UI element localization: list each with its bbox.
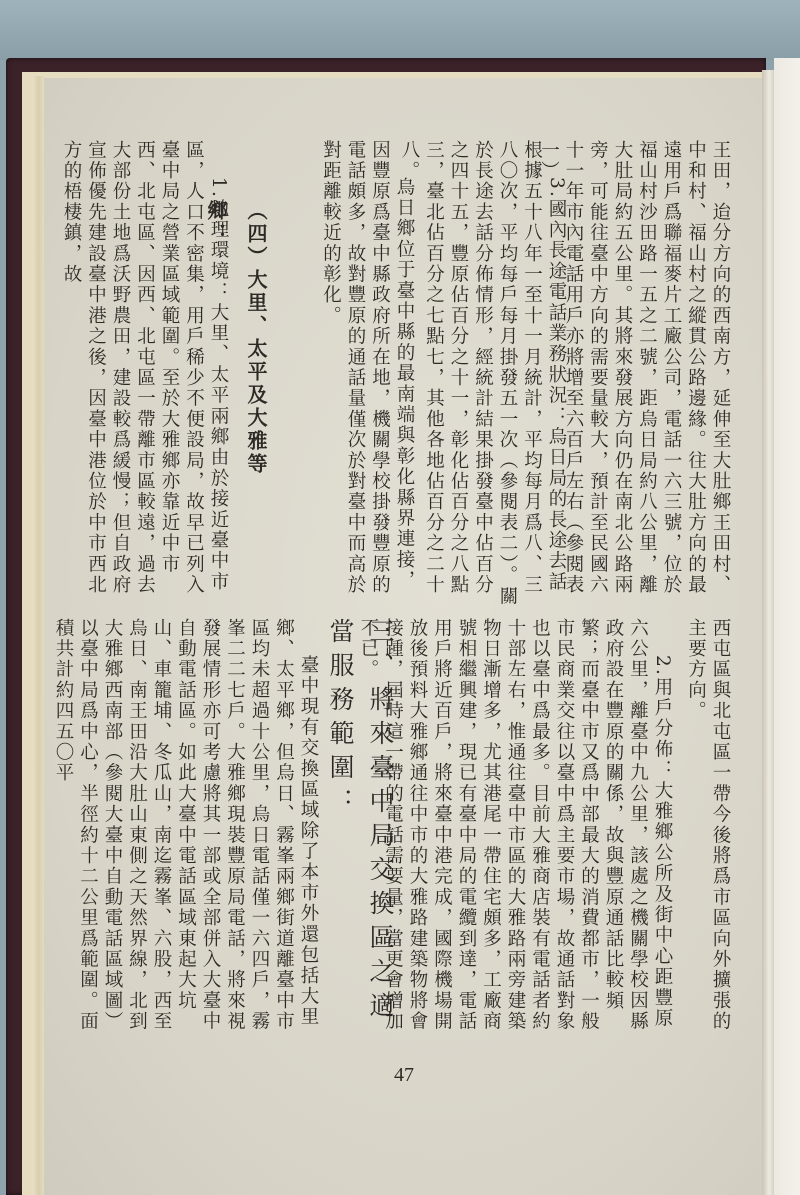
upper-paragraph-4: 1.地理環境：大里、太平兩鄉由於接近臺中市區，人口不密集，用戶稀少不便設局，故早… — [92, 140, 230, 610]
upper-paragraph-1: 王田，迨分方向的西南方，延伸至大肚鄉王田村、中和村、福山村之縱貫公路邊緣。往大肚… — [572, 140, 732, 610]
wuri-location-text: 烏日鄉位于臺中縣的最南端與彰化縣界連接，因豐原爲臺中縣政府所在地，機關學校掛發豐… — [318, 140, 416, 610]
page-text: 王田，迨分方向的西南方，延伸至大肚鄉王田村、中和村、福山村之縱貫公路邊緣。往大肚… — [0, 0, 800, 1195]
geography-text: 1.地理環境：大里、太平兩鄉由於接近臺中市區，人口不密集，用戶稀少不便設局，故早… — [59, 140, 231, 610]
section-heading-3: 三、將來臺中局交換區之適當服務範圍： — [320, 618, 400, 1048]
section-heading-4: （四）大里、太平及大雅等鄉： — [232, 200, 276, 500]
upper-paragraph-2: 3.國內長途電話業務狀況：烏日局的長途去話根據五十八年一至十一月統計，平均每月爲… — [420, 140, 568, 610]
section-heading-3-text: 三、將來臺中局交換區之適當服務範圍： — [320, 618, 400, 1048]
upper-paragraph-3: 烏日鄉位于臺中縣的最南端與彰化縣界連接，因豐原爲臺中縣政府所在地，機關學校掛發豐… — [282, 140, 416, 610]
long-distance-status: 3.國內長途電話業務狀況：烏日局的長途去話根據五十八年一至十一月統計，平均每月爲… — [397, 140, 569, 610]
user-distribution-text: 2.用戶分佈：大雅鄉公所及街中心距豐原六公里，離臺中九公里，該處之機關學校因縣政… — [356, 618, 675, 1038]
lower-paragraph-1: 西屯區與北屯區一帶今後將爲市區向外擴張的主要方向。 — [676, 618, 732, 1038]
service-area-text: 臺中現有交換區域除了本市外還包括大里鄉、太平鄉，但烏日、霧峯兩鄉街道離臺中市區均… — [51, 618, 321, 1038]
lower-paragraph-3: 臺中現有交換區域除了本市外還包括大里鄉、太平鄉，但烏日、霧峯兩鄉街道離臺中市區均… — [92, 618, 320, 1038]
lower-paragraph-2: 2.用戶分佈：大雅鄉公所及街中心距豐原六公里，離臺中九公里，該處之機關學校因縣政… — [392, 618, 674, 1038]
expansion-direction-text: 西屯區與北屯區一帶今後將爲市區向外擴張的主要方向。 — [683, 618, 732, 1038]
page-number: 47 — [384, 1064, 424, 1087]
